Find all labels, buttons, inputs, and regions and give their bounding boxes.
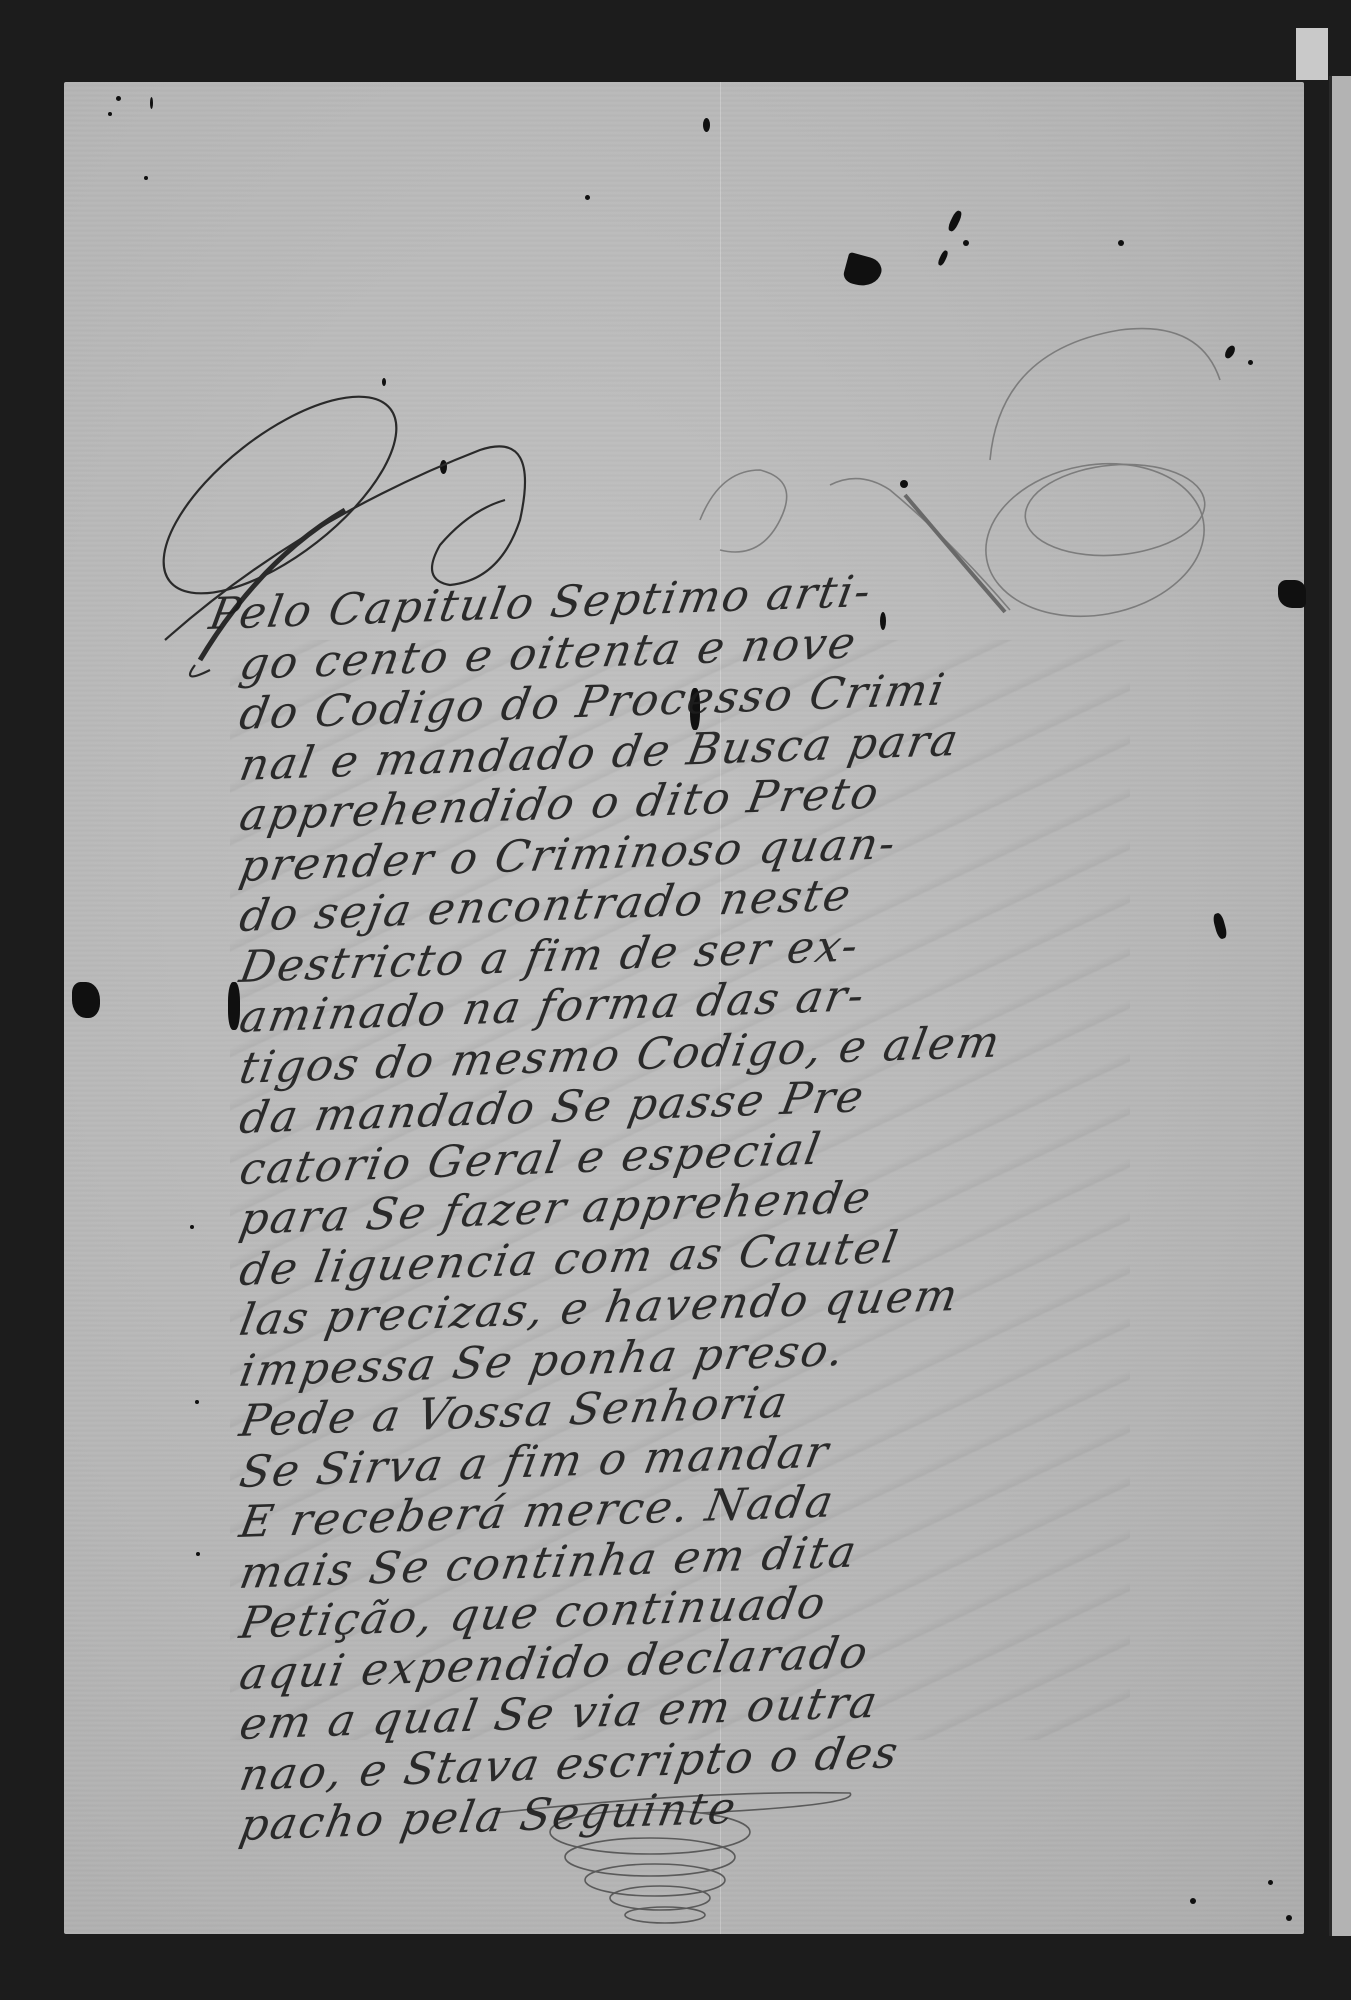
ink-spot	[440, 460, 447, 474]
adjacent-page-edge	[1329, 76, 1351, 1936]
ink-spot	[1248, 360, 1253, 365]
ink-spot	[1118, 240, 1124, 246]
ink-spot	[195, 1400, 199, 1404]
ink-spot	[108, 112, 112, 116]
ink-spot	[190, 1225, 194, 1229]
manuscript-body: Pelo Capitulo Septimo arti- go cento e o…	[210, 590, 1170, 1853]
ink-spot	[382, 378, 386, 386]
ink-spot	[150, 97, 153, 109]
ink-spot	[1286, 1915, 1292, 1921]
ink-spot	[963, 240, 969, 246]
ink-spot	[703, 118, 710, 132]
ink-spot	[1268, 1880, 1273, 1885]
ink-spot	[1190, 1898, 1196, 1904]
ink-blot-left-margin	[72, 982, 100, 1018]
ink-spot	[144, 176, 148, 180]
adjacent-page-corner	[1296, 28, 1328, 80]
scan-frame: Pelo Capitulo Septimo arti- go cento e o…	[0, 0, 1351, 2000]
ink-spot	[196, 1552, 200, 1556]
ink-spot	[900, 480, 908, 488]
ink-blot-right-margin	[1278, 580, 1306, 608]
ink-spot	[116, 96, 121, 101]
ink-spot	[585, 195, 590, 200]
